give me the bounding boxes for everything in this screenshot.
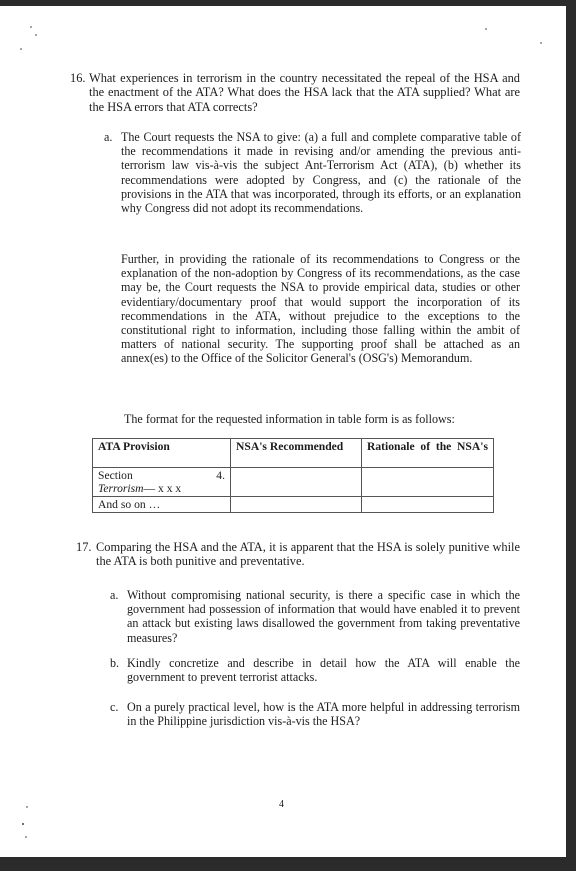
item-text: The Court requests the NSA to give: (a) … [121,130,521,215]
cell-provision: And so on … [93,497,231,513]
cell-provision: Section 4. Terrorism— x x x [93,468,231,497]
question-17-item-b: b. Kindly concretize and describe in det… [127,656,520,684]
item-label: b. [110,656,119,670]
table-intro: The format for the requested information… [124,412,455,427]
item-text: On a purely practical level, how is the … [127,700,520,728]
format-table: ATA Provision NSA's Recommended Rational… [92,438,494,513]
question-16-item-a: a. The Court requests the NSA to give: (… [121,130,521,215]
scan-speck [540,42,542,44]
cell-recommended [231,468,362,497]
table-row: And so on … [93,497,494,513]
header-rationale: Rationale of the NSA's [362,439,494,468]
item-text: Kindly concretize and describe in detail… [127,656,520,684]
document-page: 16. What experiences in terrorism in the… [0,6,566,857]
header-ata-provision: ATA Provision [93,439,231,468]
section-label: Section [98,469,133,482]
question-text: Comparing the HSA and the ATA, it is app… [76,540,520,569]
scan-speck [485,28,487,30]
section-number: 4. [216,469,225,482]
item-label: a. [110,588,118,602]
question-number: 17. [76,540,92,554]
question-text: What experiences in terrorism in the cou… [70,71,520,114]
item-label: c. [110,700,118,714]
question-number: 16. [70,71,86,85]
page-number: 4 [279,799,284,810]
question-17: 17. Comparing the HSA and the ATA, it is… [76,540,520,569]
scan-speck [20,48,22,50]
scan-speck [26,806,28,808]
section-title: Terrorism [98,482,144,495]
scan-speck [30,26,32,28]
cell-rationale [362,468,494,497]
scan-speck [35,34,37,36]
question-17-item-c: c. On a purely practical level, how is t… [127,700,520,728]
table-row: Section 4. Terrorism— x x x [93,468,494,497]
section-suffix: — x x x [144,482,182,495]
cell-rationale [362,497,494,513]
viewer-edge [566,0,576,871]
further-paragraph: Further, in providing the rationale of i… [121,252,520,366]
cell-recommended [231,497,362,513]
item-label: a. [104,130,112,144]
item-text: Without compromising national security, … [127,588,520,645]
question-16: 16. What experiences in terrorism in the… [70,71,520,114]
table-header-row: ATA Provision NSA's Recommended Rational… [93,439,494,468]
scan-speck [25,836,27,838]
question-17-item-a: a. Without compromising national securit… [127,588,520,645]
header-nsa-recommended: NSA's Recommended [231,439,362,468]
scan-speck [22,823,24,825]
